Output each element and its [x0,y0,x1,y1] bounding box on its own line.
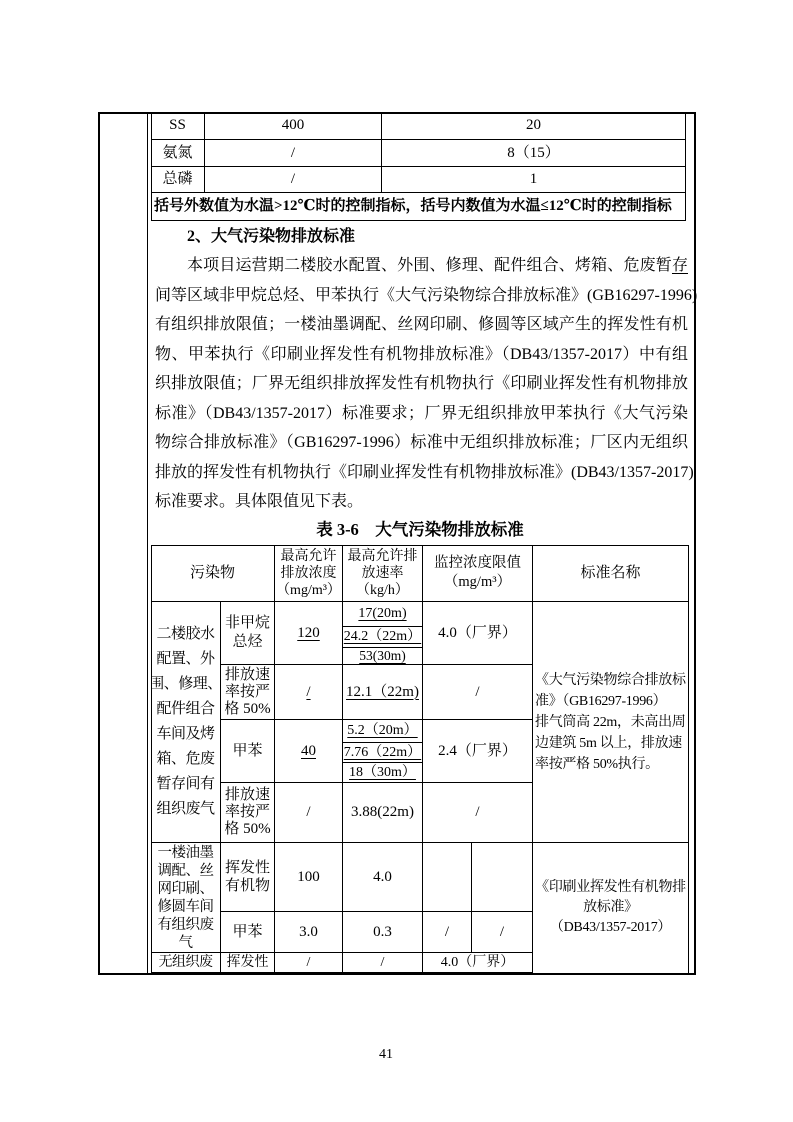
air-g2-standard: 《印刷业挥发性有机物排 放标准》 （DB43/1357-2017） [533,843,689,973]
section-heading: 2、大气污染物排放标准 [151,223,689,246]
paragraph-line: 间等区域非甲烷总烃、甲苯执行《大气污染物综合排放标准》(GB16297-1996… [155,281,688,311]
air-table-caption: 表 3-6 大气污染物排放标准 [151,516,689,540]
air-r3-monitor: 2.4（厂界） [423,720,533,783]
air-r6-conc: 3.0 [275,912,343,953]
air-r7-rate: / [343,953,423,973]
air-r1-monitor: 4.0（厂界） [423,602,533,665]
air-r2-monitor: / [423,665,533,720]
air-header-monitor: 监控浓度限值 （mg/m³） [423,545,533,602]
air-r3-name: 甲苯 [221,720,275,783]
air-r6-name: 甲苯 [221,912,275,953]
water-tp-v1: / [205,167,382,193]
air-g2-source: 一楼油墨 调配、丝 网印刷、 修圆车间 有组织废 气 [151,843,221,953]
air-r7-name: 挥发性 [221,953,275,973]
water-nh3-v2: 8（15） [382,140,686,167]
air-r6-rate: 0.3 [343,912,423,953]
air-r2-conc: / [275,665,343,720]
page-number: 41 [351,1047,421,1063]
air-r5-monitor-1 [423,843,472,912]
air-r1-rate-22m: 24.2（22m） [343,627,423,648]
paragraph-line: 排放的挥发性有机物执行《印刷业挥发性有机物排放标准》(DB43/1357-201… [155,458,688,488]
paragraph-line: 物综合排放标准》（GB16297-1996）标准中无组织排放标准；厂区内无组织 [155,428,688,458]
air-r1-rate-20m: 17(20m) [343,602,423,627]
air-r7-conc: / [275,953,343,973]
air-r4-conc: / [275,783,343,843]
air-r5-name: 挥发性 有机物 [221,843,275,912]
air-r3-rate-20m: 5.2（20m） [343,720,423,743]
body-paragraph: 本项目运营期二楼胶水配置、外围、修理、配件组合、烤箱、危废暂存 间等区域非甲烷总… [155,251,688,517]
water-ss-v2: 20 [382,112,686,140]
air-header-concentration: 最高允许 排放浓度 （mg/m³） [275,545,343,602]
paragraph-text: 本项目运营期二楼胶水配置、外围、修理、配件组合、烤箱、危废暂 [187,257,672,274]
water-param-tp: 总磷 [151,167,205,193]
paragraph-text-underlined: 存 [672,257,688,274]
water-tp-v2: 1 [382,167,686,193]
air-r4-rate: 3.88(22m) [343,783,423,843]
paragraph-line: 本项目运营期二楼胶水配置、外围、修理、配件组合、烤箱、危废暂存 [155,251,688,281]
water-param-ss: SS [151,112,205,140]
air-r5-monitor-2 [472,843,533,912]
air-r3-conc: 40 [275,720,343,783]
document-page: SS 400 20 氨氮 / 8（15） 总磷 / 1 括号外数值为水温>12℃… [0,0,793,1122]
paragraph-line: 标准》（DB43/1357-2017）标准要求；厂界无组织排放甲苯执行《大气污染 [155,399,688,429]
air-r1-conc: 120 [275,602,343,665]
water-nh3-v1: / [205,140,382,167]
air-r3-rate-30m: 18（30m） [343,763,423,783]
water-table-note: 括号外数值为水温>12℃时的控制指标，括号内数值为水温≤12℃时的控制指标 [151,193,686,221]
air-r4-name: 排放速 率按严 格 50% [221,783,275,843]
air-r6-monitor-2: / [472,912,533,953]
form-left-column-divider [147,112,148,973]
paragraph-line: 有组织排放限值；一楼油墨调配、丝网印刷、修圆等区域产生的挥发性有机 [155,310,688,340]
air-g1-standard: 《大气污染物综合排放标 准》（GB16297-1996） 排气筒高 22m，未高… [533,602,689,843]
water-param-nh3: 氨氮 [151,140,205,167]
air-r1-name: 非甲烷 总烃 [221,602,275,665]
air-r2-name: 排放速 率按严 格 50% [221,665,275,720]
air-header-standard: 标准名称 [533,545,689,602]
paragraph-line: 标准要求。具体限值见下表。 [155,487,688,517]
air-r2-rate: 12.1（22m) [343,665,423,720]
air-header-rate: 最高允许排 放速率 （kg/h） [343,545,423,602]
water-ss-v1: 400 [205,112,382,140]
air-r6-monitor-1: / [423,912,472,953]
air-r5-rate: 4.0 [343,843,423,912]
air-header-pollutant: 污染物 [151,545,275,602]
air-g1-source: 二楼胶水 配置、外 围、修理、 配件组合 车间及烤 箱、危废 暂存间有 组织废气 [151,602,221,843]
air-r5-conc: 100 [275,843,343,912]
air-r7-source: 无组织废 [151,953,221,973]
air-r3-rate-22m: 7.76（22m） [343,743,423,763]
paragraph-line: 织排放限值；厂界无组织排放挥发性有机物执行《印刷业挥发性有机物排放 [155,369,688,399]
air-r1-rate-30m: 53(30m) [343,648,423,665]
paragraph-line: 物、甲苯执行《印刷业挥发性有机物排放标准》（DB43/1357-2017）中有组 [155,340,688,370]
air-r7-monitor: 4.0（厂界） [423,953,533,973]
air-r4-monitor: / [423,783,533,843]
